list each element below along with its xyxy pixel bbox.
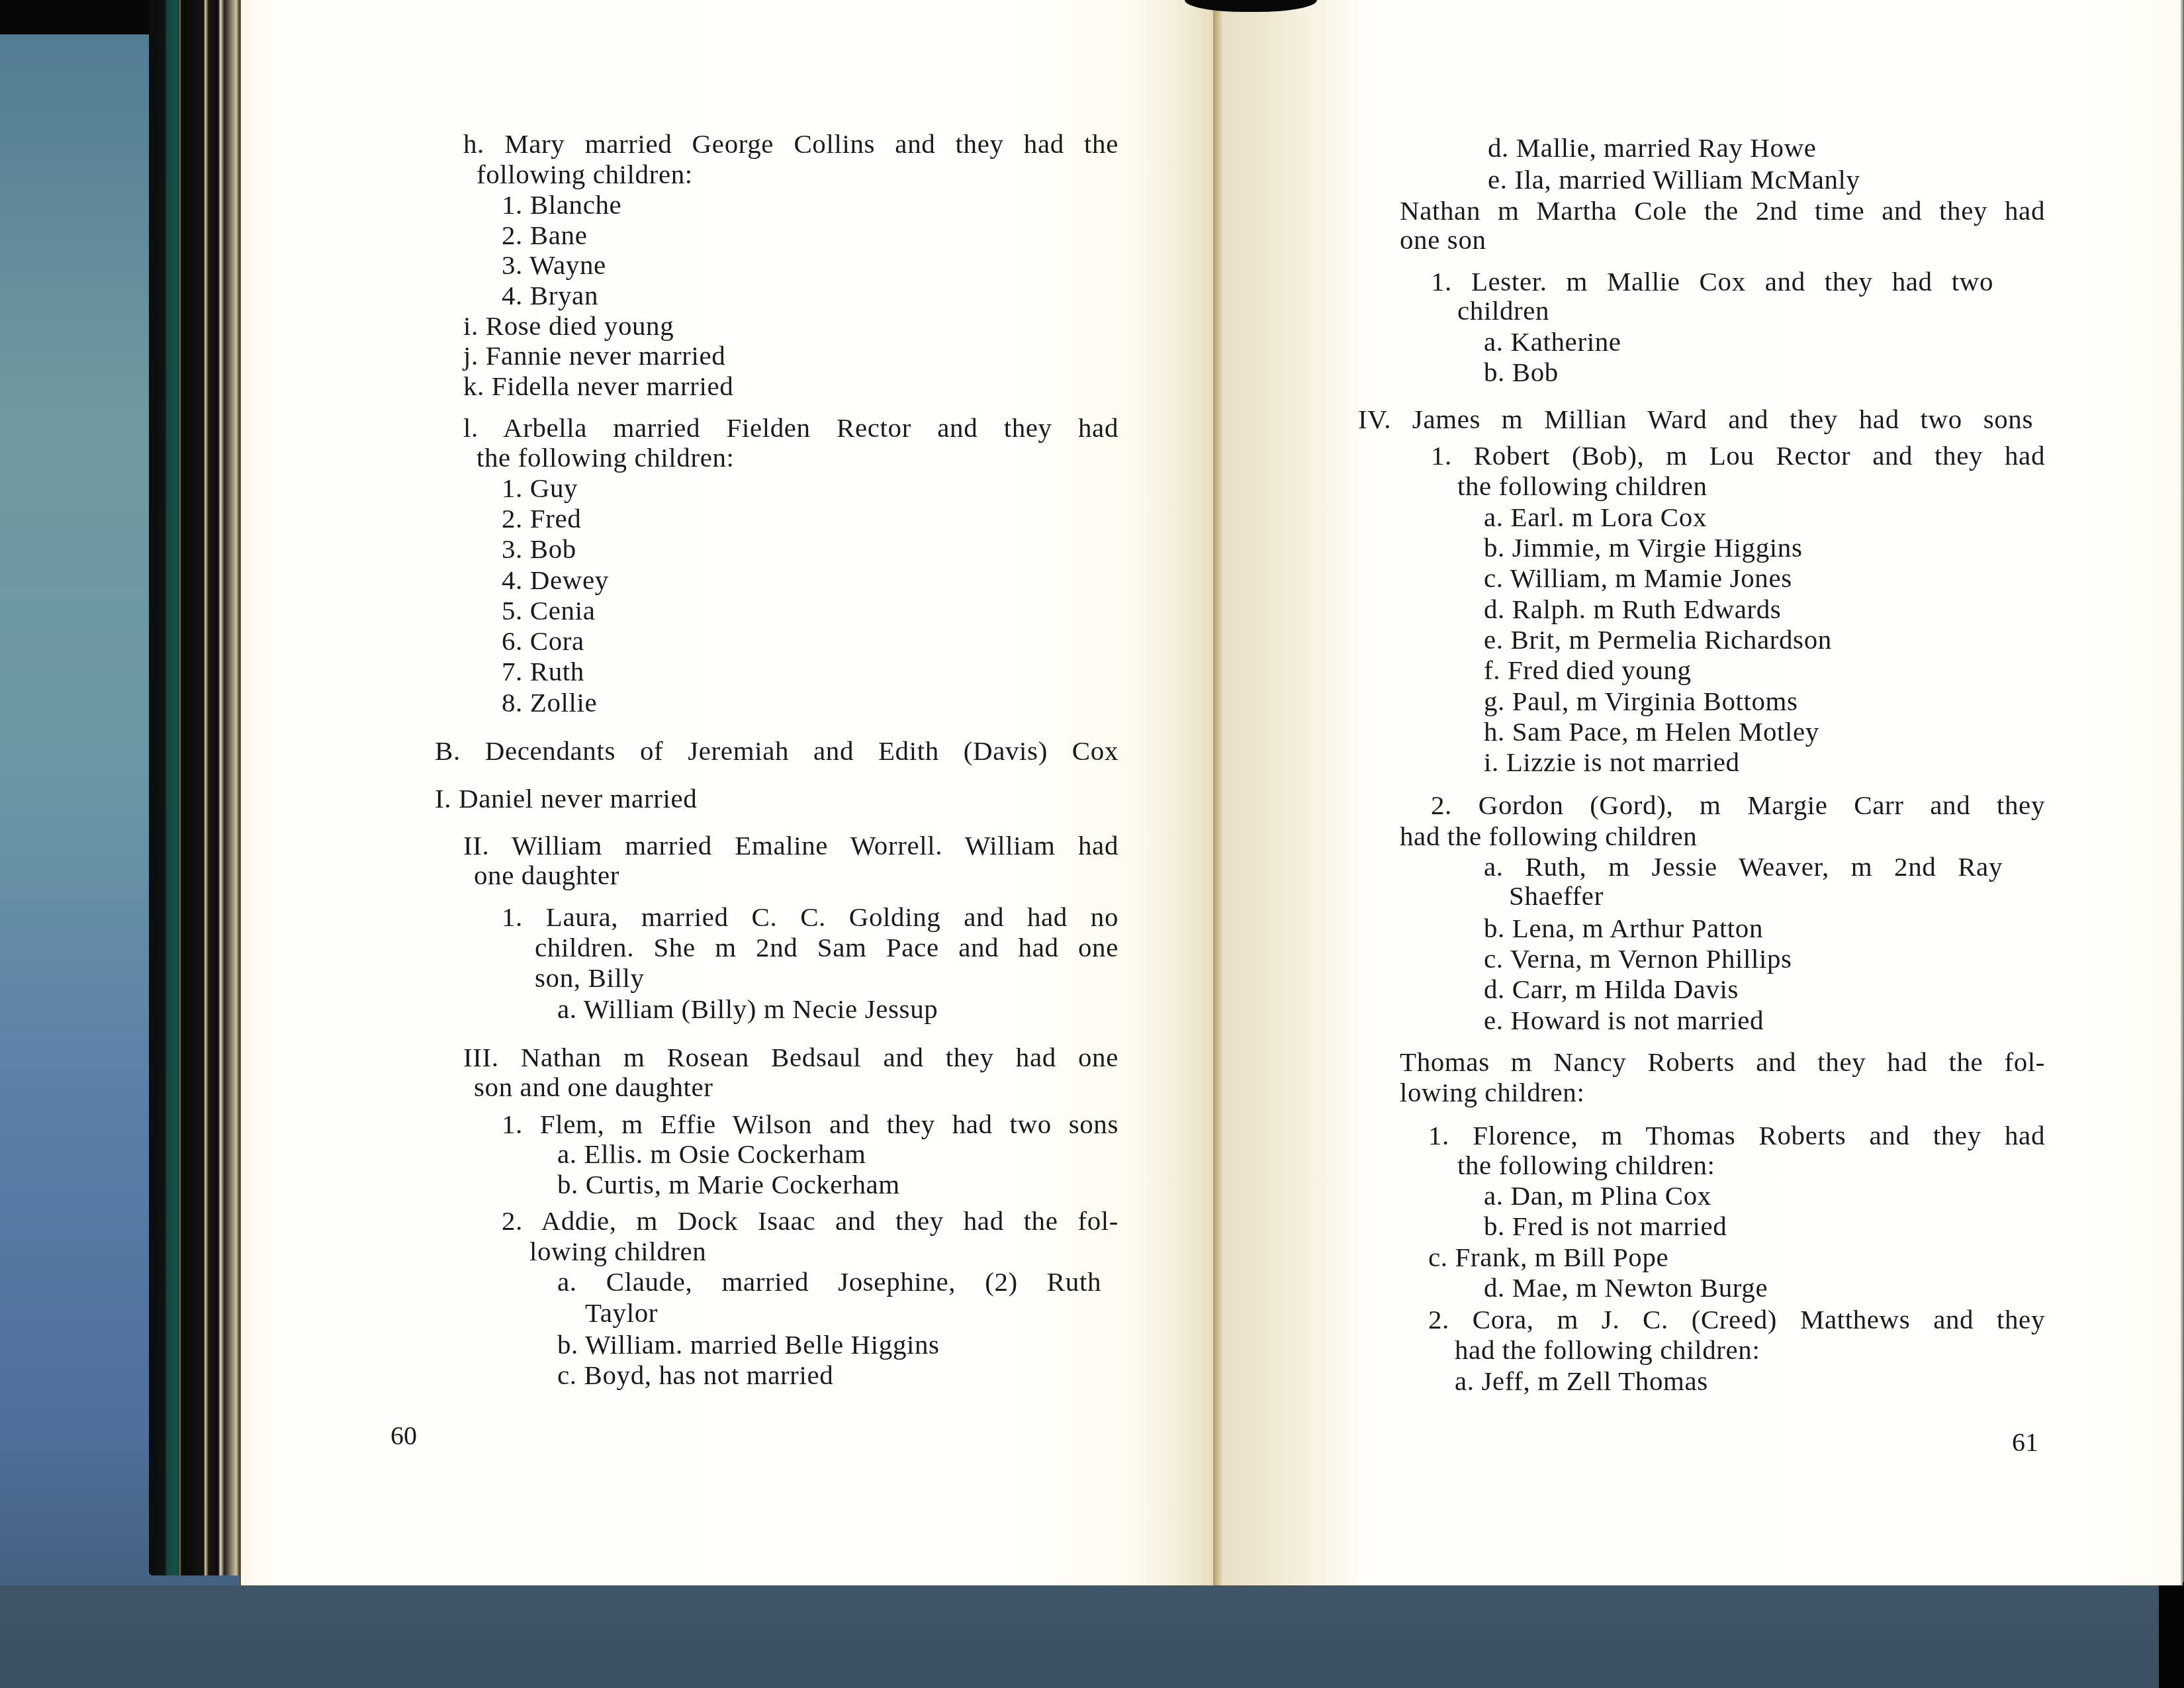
text-line-left-21: II. William married Emaline Worrell. Wil… [463,830,1118,861]
text-line-right-22: a. Ruth, m Jessie Weaver, m 2nd Ray [1484,851,2003,882]
text-line-left-23: 1. Laura, married C. C. Golding and had … [502,902,1118,932]
text-line-right-28: Thomas m Nancy Roberts and they had the … [1400,1047,2045,1077]
text-line-left-17: 7. Ruth [502,656,584,686]
text-line-right-33: b. Fred is not married [1484,1211,1727,1241]
text-line-right-13: c. William, m Mamie Jones [1484,563,1792,593]
text-line-right-12: b. Jimmie, m Virgie Higgins [1484,532,1802,563]
text-line-left-3: 2. Bane [502,220,587,250]
text-line-right-16: f. Fred died young [1484,655,1692,685]
text-line-left-35: Taylor [585,1297,658,1328]
text-line-right-3: one son [1400,224,1486,255]
text-line-left-29: 1. Flem, m Effie Wilson and they had two… [502,1109,1118,1139]
text-line-right-36: 2. Cora, m J. C. (Creed) Matthews and th… [1428,1304,2045,1335]
text-line-right-2: Nathan m Martha Cole the 2nd time and th… [1400,195,2045,226]
text-line-left-36: b. William. married Belle Higgins [557,1329,940,1360]
text-line-left-7: j. Fannie never married [463,340,725,371]
text-line-right-38: a. Jeff, m Zell Thomas [1455,1366,1708,1396]
text-line-left-4: 3. Wayne [502,250,606,280]
text-line-left-37: c. Boyd, has not married [557,1360,833,1390]
page-number-right: 61 [2012,1427,2038,1458]
text-line-left-20: I. Daniel never married [435,783,697,814]
text-line-left-32: 2. Addie, m Dock Isaac and they had the … [502,1205,1118,1236]
text-line-left-26: a. William (Billy) m Necie Jessup [557,994,938,1024]
text-line-left-33: lowing children [529,1236,706,1266]
text-line-left-22: one daughter [474,860,619,890]
text-line-right-26: d. Carr, m Hilda Davis [1484,974,1739,1004]
text-line-right-31: the following children: [1457,1150,1715,1180]
text-line-left-19: B. Decendants of Jeremiah and Edith (Dav… [435,735,1118,766]
text-line-right-8: IV. James m Millian Ward and they had tw… [1358,404,2033,434]
text-line-right-1: e. Ila, married William McManly [1488,164,1860,195]
text-line-right-20: 2. Gordon (Gord), m Margie Carr and they [1431,790,2045,820]
text-line-left-34: a. Claude, married Josephine, (2) Ruth [557,1266,1101,1297]
book-cover-right-edge [2159,1582,2184,1688]
page-number-left: 60 [390,1420,417,1451]
text-line-left-27: III. Nathan m Rosean Bedsaul and they ha… [463,1042,1118,1072]
text-line-right-17: g. Paul, m Virginia Bottoms [1484,686,1798,716]
text-line-left-6: i. Rose died young [463,310,674,341]
text-line-left-10: the following children: [477,442,735,473]
text-line-right-24: b. Lena, m Arthur Patton [1484,913,1763,943]
text-line-left-28: son and one daughter [474,1072,713,1102]
text-line-right-11: a. Earl. m Lora Cox [1484,502,1707,532]
text-line-right-6: a. Katherine [1484,326,1621,357]
text-line-left-11: 1. Guy [502,473,578,503]
text-line-right-25: c. Verna, m Vernon Phillips [1484,943,1792,974]
text-line-left-14: 4. Dewey [502,565,609,595]
text-line-left-9: l. Arbella married Fielden Rector and th… [463,412,1118,443]
text-line-right-32: a. Dan, m Plina Cox [1484,1180,1711,1211]
text-line-right-0: d. Mallie, married Ray Howe [1488,132,1817,163]
text-line-right-27: e. Howard is not married [1484,1005,1764,1035]
text-line-left-15: 5. Cenia [502,595,595,626]
text-line-right-9: 1. Robert (Bob), m Lou Rector and they h… [1431,440,2045,471]
text-line-right-15: e. Brit, m Permelia Richardson [1484,624,1832,655]
text-line-right-21: had the following children [1400,821,1697,851]
text-line-left-12: 2. Fred [502,503,581,534]
text-line-left-13: 3. Bob [502,534,576,564]
text-line-right-7: b. Bob [1484,357,1559,387]
text-line-right-18: h. Sam Pace, m Helen Motley [1484,716,1819,747]
text-line-left-2: 1. Blanche [502,189,621,220]
text-line-left-1: following children: [477,159,693,189]
background-table-surface [0,1585,2184,1688]
text-line-right-35: d. Mae, m Newton Burge [1484,1272,1768,1303]
text-line-left-18: 8. Zollie [502,687,597,718]
text-line-right-10: the following children [1457,471,1707,501]
text-line-right-4: 1. Lester. m Mallie Cox and they had two [1431,266,1993,297]
text-line-left-16: 6. Cora [502,626,584,656]
text-line-right-37: had the following children: [1455,1335,1760,1365]
text-line-left-30: a. Ellis. m Osie Cockerham [557,1139,866,1169]
book-spine-page-stack [149,0,248,1575]
text-line-right-29: lowing children: [1400,1077,1584,1107]
text-line-left-5: 4. Bryan [502,280,598,310]
text-line-right-5: children [1457,295,1549,326]
text-line-right-19: i. Lizzie is not married [1484,747,1740,777]
text-line-right-30: 1. Florence, m Thomas Roberts and they h… [1428,1120,2045,1150]
text-line-left-0: h. Mary married George Collins and they … [463,128,1118,159]
text-line-right-14: d. Ralph. m Ruth Edwards [1484,594,1781,624]
text-line-left-31: b. Curtis, m Marie Cockerham [557,1169,900,1199]
text-line-right-34: c. Frank, m Bill Pope [1428,1242,1668,1272]
text-line-left-25: son, Billy [535,962,644,993]
text-line-left-8: k. Fidella never married [463,371,733,401]
text-line-left-24: children. She m 2nd Sam Pace and had one [535,932,1118,962]
text-line-right-23: Shaeffer [1509,880,1604,911]
